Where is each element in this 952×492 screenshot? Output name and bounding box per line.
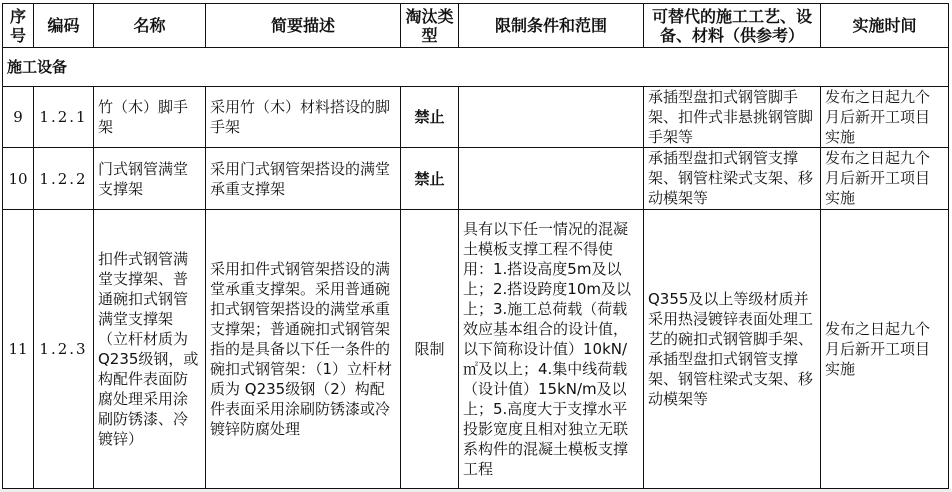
row-name: 扣件式钢管满堂支撑架、普通碗扣式钢管满堂支撑架（立杆材质为Q235级钢，或构配件… — [94, 210, 206, 489]
table-row: 9 1.2.1 竹（木）脚手架 采用竹（木）材料搭设的脚手架 禁止 承插型盘扣式… — [3, 87, 949, 148]
row-effective: 发布之日起九个月后新开工项目实施 — [821, 87, 949, 148]
section-row: 施工设备 — [3, 48, 949, 87]
phase-out-table: 序号 编码 名称 简要描述 淘汰类型 限制条件和范围 可替代的施工工艺、设备、材… — [2, 3, 949, 489]
section-title: 施工设备 — [3, 48, 949, 87]
row-restriction — [459, 87, 644, 148]
header-row: 序号 编码 名称 简要描述 淘汰类型 限制条件和范围 可替代的施工工艺、设备、材… — [3, 4, 949, 48]
row-alternatives: Q355及以上等级材质并采用热浸镀锌表面处理工艺的碗扣式钢管脚手架、承插型盘扣式… — [644, 210, 821, 489]
header-type: 淘汰类型 — [401, 4, 459, 48]
row-description: 采用竹（木）材料搭设的脚手架 — [206, 87, 401, 148]
row-index: 9 — [3, 87, 34, 148]
row-restriction: 具有以下任一情况的混凝土模板支撑工程不得使用：1.搭设高度5m及以上；2.搭设跨… — [459, 210, 644, 489]
row-description: 采用扣件式钢管架搭设的满堂承重支撑架。采用普通碗扣式钢管架搭设的满堂承重支撑架；… — [206, 210, 401, 489]
header-restriction: 限制条件和范围 — [459, 4, 644, 48]
row-type: 禁止 — [401, 148, 459, 210]
row-type: 禁止 — [401, 87, 459, 148]
document-page: 序号 编码 名称 简要描述 淘汰类型 限制条件和范围 可替代的施工工艺、设备、材… — [0, 0, 952, 492]
header-alternatives: 可替代的施工工艺、设备、材料（供参考） — [644, 4, 821, 48]
table-row: 11 1.2.3 扣件式钢管满堂支撑架、普通碗扣式钢管满堂支撑架（立杆材质为Q2… — [3, 210, 949, 489]
table-row: 10 1.2.2 门式钢管满堂支撑架 采用门式钢管架搭设的满堂承重支撑架 禁止 … — [3, 148, 949, 210]
row-code: 1.2.3 — [34, 210, 94, 489]
row-code: 1.2.2 — [34, 148, 94, 210]
header-code: 编码 — [34, 4, 94, 48]
header-effective: 实施时间 — [821, 4, 949, 48]
row-alternatives: 承插型盘扣式钢管脚手架、扣件式非悬挑钢管脚手架等 — [644, 87, 821, 148]
row-name: 竹（木）脚手架 — [94, 87, 206, 148]
row-index: 10 — [3, 148, 34, 210]
header-name: 名称 — [94, 4, 206, 48]
header-index: 序号 — [3, 4, 34, 48]
row-code: 1.2.1 — [34, 87, 94, 148]
row-effective: 发布之日起九个月后新开工项目实施 — [821, 148, 949, 210]
row-restriction — [459, 148, 644, 210]
row-alternatives: 承插型盘扣式钢管支撑架、钢管柱梁式支架、移动模架等 — [644, 148, 821, 210]
row-index: 11 — [3, 210, 34, 489]
header-description: 简要描述 — [206, 4, 401, 48]
row-effective: 发布之日起九个月后新开工项目实施 — [821, 210, 949, 489]
row-name: 门式钢管满堂支撑架 — [94, 148, 206, 210]
row-type: 限制 — [401, 210, 459, 489]
row-description: 采用门式钢管架搭设的满堂承重支撑架 — [206, 148, 401, 210]
